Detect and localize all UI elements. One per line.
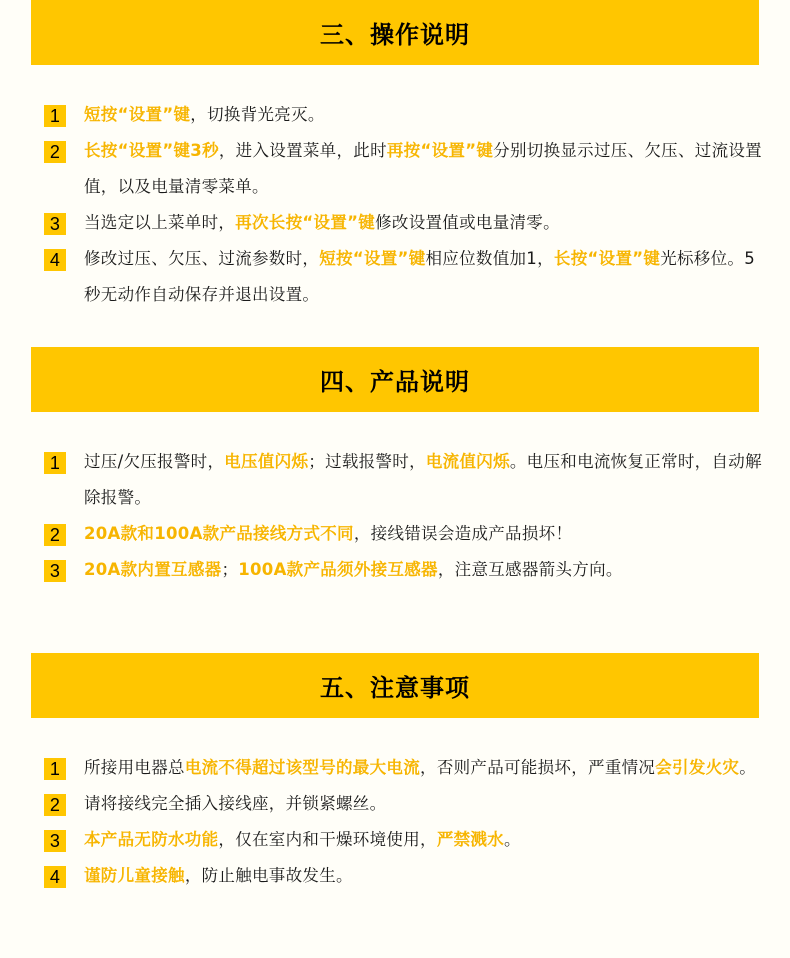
body-text: ，进入设置菜单，此时 [219,141,387,160]
list-item: 3 本产品无防水功能，仅在室内和干燥环境使用，严禁溅水。 [44,822,764,858]
section-banner-precautions: 五、注意事项 [31,653,759,718]
section-banner-product: 四、产品说明 [31,347,759,412]
highlight-text: 再次长按“设置”键 [235,213,375,232]
body-text: ，切换背光亮灭。 [190,105,324,124]
body-text: 所接用电器总 [84,758,185,777]
number-badge: 2 [44,141,66,163]
highlight-text: 电压值闪烁 [224,452,308,471]
highlight-text: 严禁溅水 [437,830,504,849]
list-item: 2 请将接线完全插入接线座，并锁紧螺丝。 [44,786,764,822]
number-badge: 4 [44,866,66,888]
highlight-text: 长按“设置”键 [554,249,660,268]
number-badge: 3 [44,830,66,852]
body-text: 修改设置值或电量清零。 [375,213,560,232]
highlight-text: 长按“设置”键3秒 [84,141,219,160]
number-badge: 1 [44,105,66,127]
number-badge: 4 [44,249,66,271]
body-text: ，否则产品可能损坏，严重情况 [420,758,655,777]
number-badge: 2 [44,794,66,816]
body-text: 修改过压、欠压、过流参数时， [84,249,319,268]
highlight-text: 会引发火灾 [655,758,739,777]
body-text: ，接线错误会造成产品损坏！ [354,524,572,543]
body-text: 请将接线完全插入接线座，并锁紧螺丝。 [84,794,386,813]
body-text: ，仅在室内和干燥环境使用， [218,830,436,849]
list-item: 1 短按“设置”键，切换背光亮灭。 [44,97,764,133]
list-item: 4 谨防儿童接触，防止触电事故发生。 [44,858,764,894]
body-text: ，注意互感器箭头方向。 [438,560,623,579]
list-item: 3 20A款内置互感器；100A款产品须外接互感器，注意互感器箭头方向。 [44,552,764,588]
highlight-text: 20A款内置互感器 [84,560,221,579]
highlight-text: 短按“设置”键 [319,249,425,268]
body-text: ； [221,560,238,579]
list-item: 3 当选定以上菜单时，再次长按“设置”键修改设置值或电量清零。 [44,205,764,241]
precautions-list: 1 所接用电器总电流不得超过该型号的最大电流，否则产品可能损坏，严重情况会引发火… [44,750,764,894]
body-text: 当选定以上菜单时， [84,213,235,232]
highlight-text: 电流不得超过该型号的最大电流 [185,758,420,777]
number-badge: 2 [44,524,66,546]
highlight-text: 短按“设置”键 [84,105,190,124]
highlight-text: 本产品无防水功能 [84,830,218,849]
highlight-text: 再按“设置”键 [387,141,493,160]
section-title: 三、操作说明 [320,15,470,50]
number-badge: 3 [44,213,66,235]
number-badge: 1 [44,758,66,780]
list-item: 1 过压/欠压报警时，电压值闪烁；过载报警时，电流值闪烁。电压和电流恢复正常时，… [44,444,764,516]
body-text: 过压/欠压报警时， [84,452,224,471]
body-text: 。 [739,758,756,777]
number-badge: 1 [44,452,66,474]
manual-page: 三、操作说明 1 短按“设置”键，切换背光亮灭。 2 长按“设置”键3秒，进入设… [0,0,790,958]
highlight-text: 100A款产品须外接互感器 [238,560,438,579]
list-item: 1 所接用电器总电流不得超过该型号的最大电流，否则产品可能损坏，严重情况会引发火… [44,750,764,786]
body-text: 。 [504,830,521,849]
highlight-text: 谨防儿童接触 [84,866,185,885]
section-banner-operation: 三、操作说明 [31,0,759,65]
list-item: 2 20A款和100A款产品接线方式不同，接线错误会造成产品损坏！ [44,516,764,552]
product-list: 1 过压/欠压报警时，电压值闪烁；过载报警时，电流值闪烁。电压和电流恢复正常时，… [44,444,764,588]
highlight-text: 电流值闪烁 [426,452,510,471]
body-text: ；过载报警时， [308,452,426,471]
number-badge: 3 [44,560,66,582]
section-title: 四、产品说明 [320,362,470,397]
highlight-text: 20A款和100A款产品接线方式不同 [84,524,354,543]
body-text: ，防止触电事故发生。 [185,866,353,885]
list-item: 4 修改过压、欠压、过流参数时，短按“设置”键相应位数值加1，长按“设置”键光标… [44,241,764,313]
section-title: 五、注意事项 [320,668,470,703]
operation-list: 1 短按“设置”键，切换背光亮灭。 2 长按“设置”键3秒，进入设置菜单，此时再… [44,97,764,313]
body-text: 相应位数值加1， [426,249,554,268]
list-item: 2 长按“设置”键3秒，进入设置菜单，此时再按“设置”键分别切换显示过压、欠压、… [44,133,764,205]
